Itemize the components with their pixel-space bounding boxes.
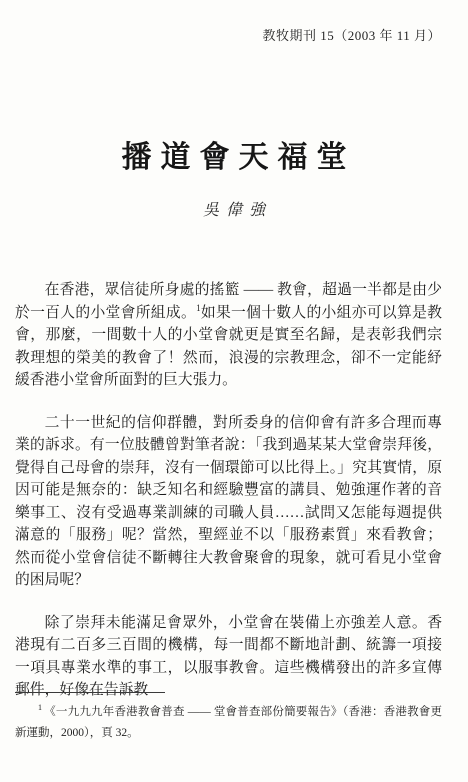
- page-title: 播道會天福堂: [0, 132, 468, 176]
- footnote-entry: 1《一九九九年香港教會普查 —— 堂會普查部份簡要報告》（香港：香港教會更新運動…: [15, 702, 442, 744]
- body-paragraph-2: 二十一世紀的信仰群體，對所委身的信仰會有許多合理而專業的訴求。有一位肢體曾對筆者…: [15, 412, 442, 592]
- body-text: 在香港，眾信徒所身處的搖籃 —— 教會，超過一半都是由少於一百人的小堂會所組成。…: [15, 279, 442, 722]
- footnote-marker-1: 1: [38, 703, 42, 712]
- footnote-separator-rule: [15, 692, 165, 693]
- document-page: 教牧期刊 15（2003 年 11 月） 播道會天福堂 吳偉強 在香港，眾信徒所…: [0, 0, 468, 782]
- footnote-text: 《一九九九年香港教會普查 —— 堂會普查部份簡要報告》（香港：香港教會更新運動，…: [15, 706, 442, 739]
- body-paragraph-3: 除了崇拜未能滿足會眾外，小堂會在裝備上亦強差人意。香港現有二百多三百間的機構，每…: [15, 612, 442, 702]
- footnote-section: 1《一九九九年香港教會普查 —— 堂會普查部份簡要報告》（香港：香港教會更新運動…: [15, 692, 442, 744]
- body-paragraph-1: 在香港，眾信徒所身處的搖籃 —— 教會，超過一半都是由少於一百人的小堂會所組成。…: [15, 279, 442, 392]
- author-name: 吳偉強: [0, 197, 468, 220]
- journal-header: 教牧期刊 15（2003 年 11 月）: [262, 25, 441, 44]
